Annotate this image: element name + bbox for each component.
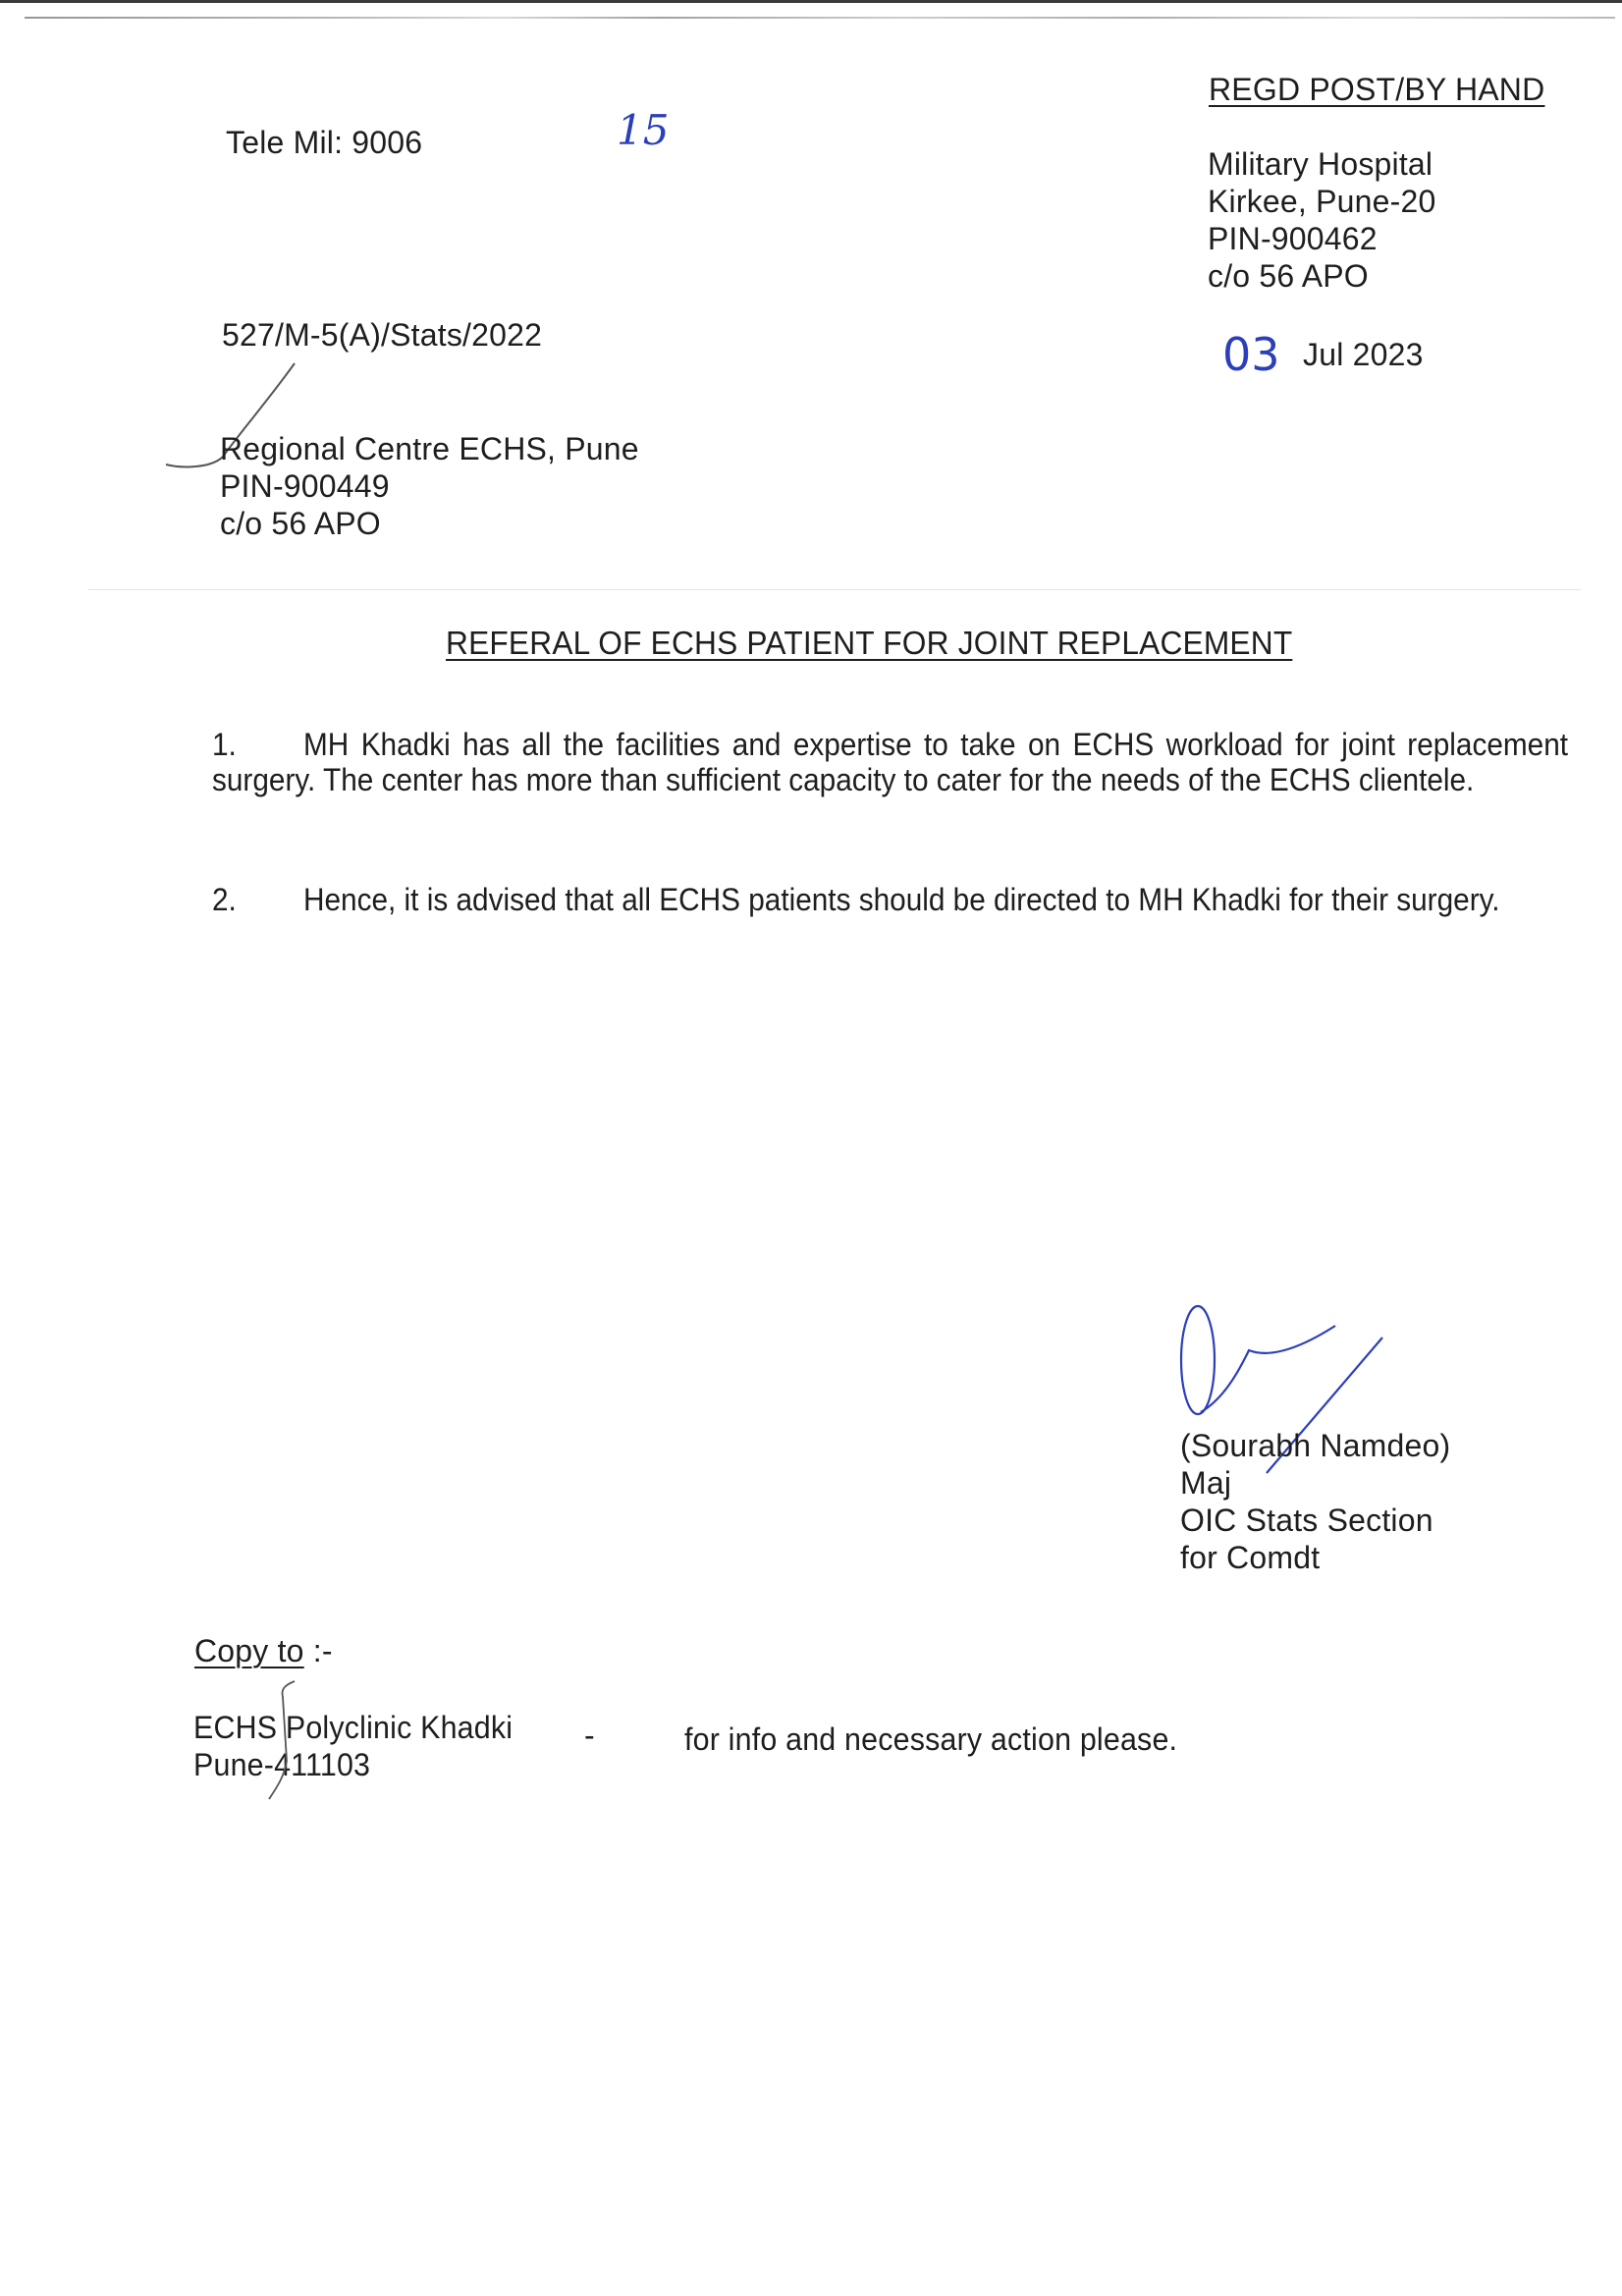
paragraph-text: Hence, it is advised that all ECHS patie… — [303, 882, 1500, 917]
initial-mark-icon — [265, 1677, 334, 1805]
recipient-address: Regional Centre ECHS, Pune PIN-900449 c/… — [220, 430, 639, 542]
signatory-name: (Sourabh Namdeo) — [1180, 1427, 1450, 1464]
signatory-appointment: OIC Stats Section — [1180, 1502, 1450, 1539]
paragraph-2: 2.Hence, it is advised that all ECHS pat… — [212, 882, 1568, 917]
paragraph-number: 2. — [212, 882, 303, 917]
paragraph-number: 1. — [212, 727, 303, 762]
signature-block: (Sourabh Namdeo) Maj OIC Stats Section f… — [1180, 1427, 1450, 1576]
recipient-address-line: Regional Centre ECHS, Pune — [220, 430, 639, 467]
copy-recipient-line: Pune-411103 — [193, 1746, 513, 1783]
copy-to-recipient: ECHS Polyclinic Khadki Pune-411103 — [193, 1709, 513, 1783]
signatory-on-behalf: for Comdt — [1180, 1539, 1450, 1576]
dispatch-mode: REGD POST/BY HAND — [1209, 71, 1544, 108]
scan-top-border — [0, 0, 1622, 3]
copy-to-dash: - — [584, 1717, 595, 1754]
tele-mil-number: Tele Mil: 9006 — [226, 124, 422, 161]
paragraph-text: MH Khadki has all the facilities and exp… — [212, 727, 1568, 797]
copy-recipient-line: ECHS Polyclinic Khadki — [193, 1709, 513, 1746]
sender-address-line: Military Hospital — [1208, 145, 1435, 183]
sender-address-line: Kirkee, Pune-20 — [1208, 183, 1435, 220]
scan-artifact-line — [25, 17, 1615, 19]
letter-date: Jul 2023 — [1303, 336, 1424, 373]
sender-address: Military Hospital Kirkee, Pune-20 PIN-90… — [1208, 145, 1435, 295]
signatory-rank: Maj — [1180, 1464, 1450, 1502]
copy-to-label: Copy to — [194, 1633, 304, 1668]
handwritten-date-day: 03 — [1222, 328, 1280, 381]
subject-heading: REFERAL OF ECHS PATIENT FOR JOINT REPLAC… — [446, 625, 1292, 662]
sender-address-line: PIN-900462 — [1208, 220, 1435, 257]
copy-to-action: for info and necessary action please. — [684, 1721, 1177, 1758]
scan-artifact-line — [88, 589, 1581, 590]
paragraph-1: 1.MH Khadki has all the facilities and e… — [212, 727, 1568, 797]
recipient-address-line: c/o 56 APO — [220, 505, 639, 542]
copy-to-suffix: :- — [304, 1633, 333, 1668]
sender-address-line: c/o 56 APO — [1208, 257, 1435, 295]
handwritten-page-number: 15 — [617, 106, 669, 154]
recipient-address-line: PIN-900449 — [220, 467, 639, 505]
copy-to-heading: Copy to :- — [194, 1632, 333, 1669]
reference-number: 527/M-5(A)/Stats/2022 — [222, 316, 542, 354]
